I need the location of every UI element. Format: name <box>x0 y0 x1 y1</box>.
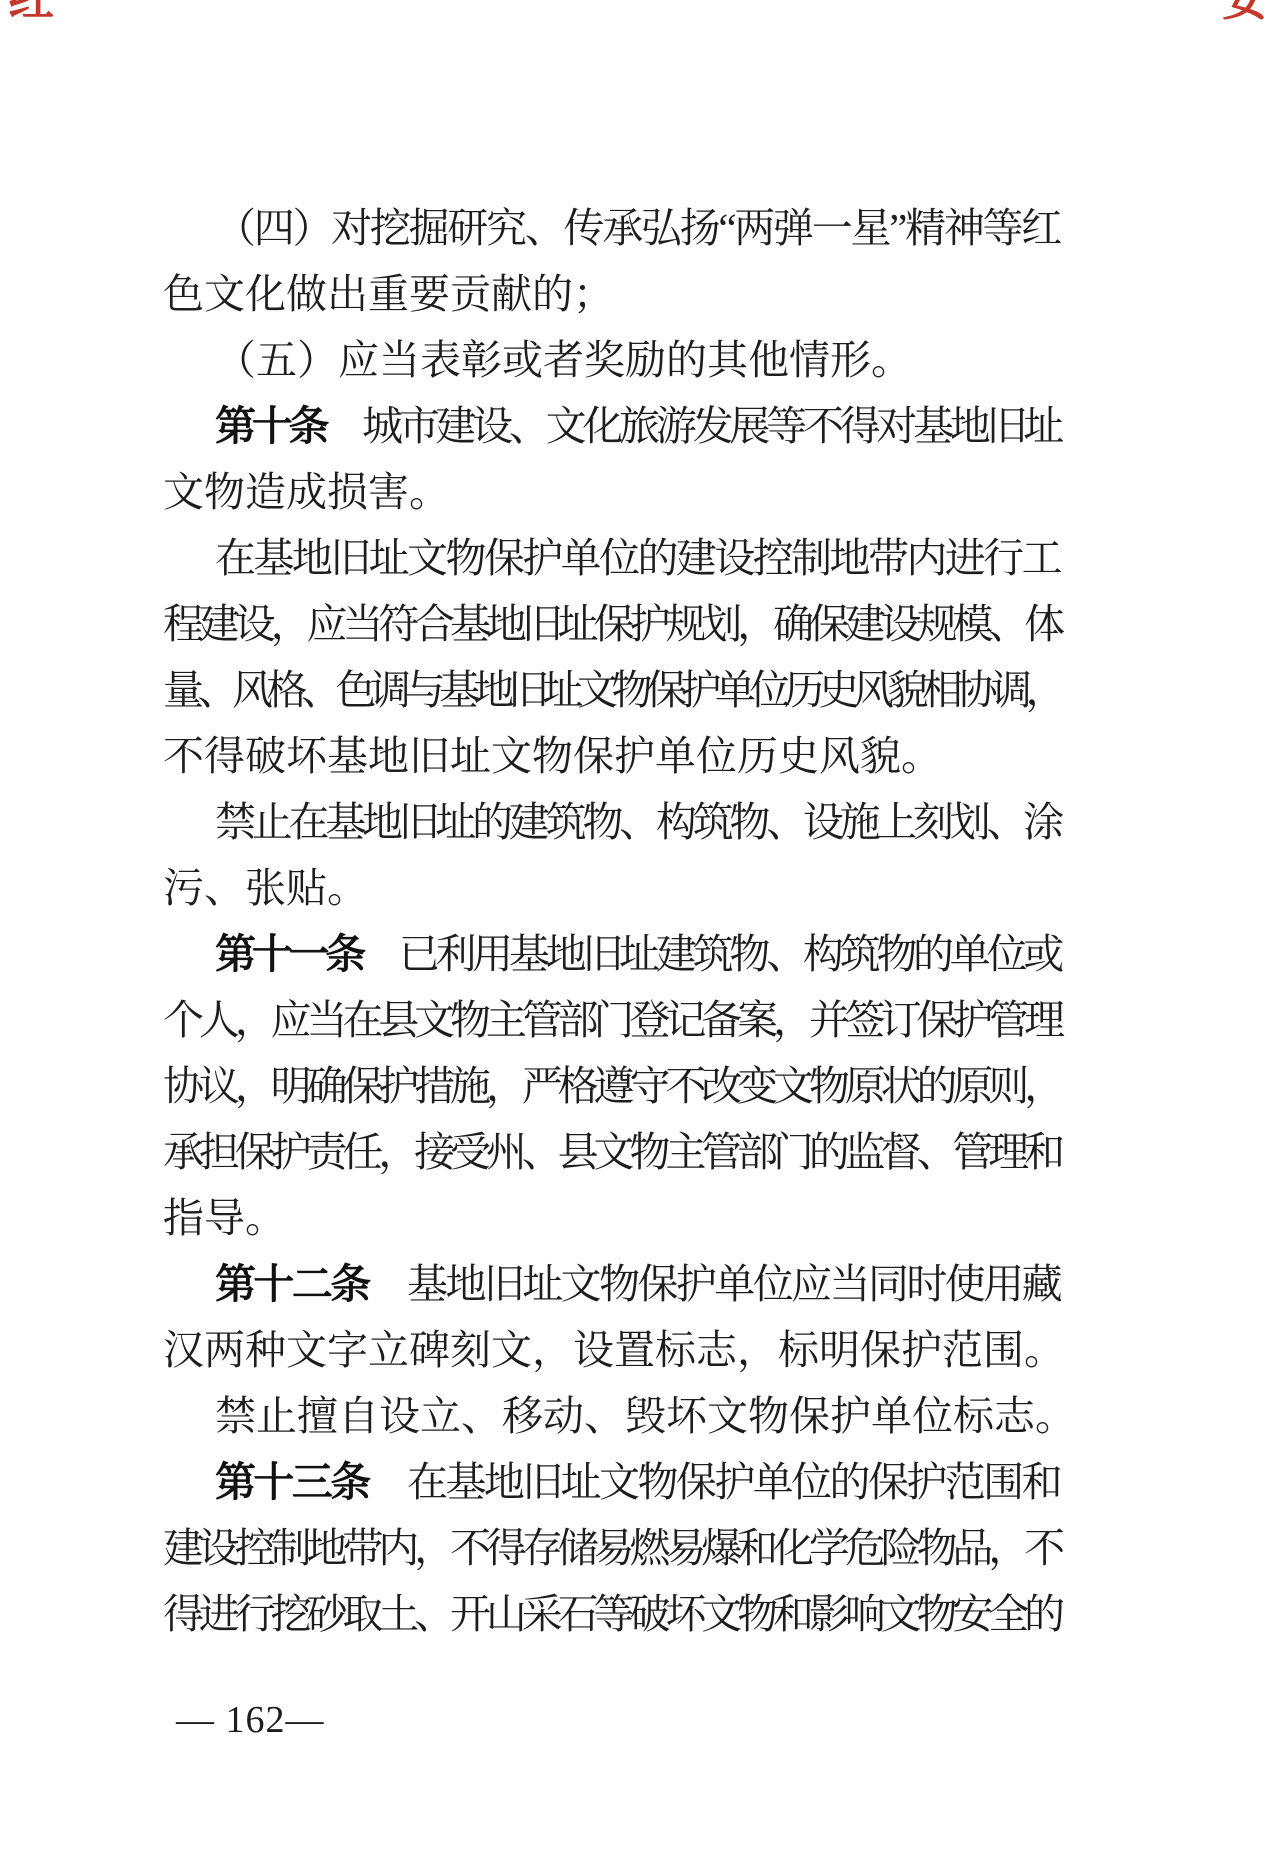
article-number: 第十条 <box>215 403 325 449</box>
text-run: 个人，应当在县文物主管部门登记备案，并签订保护管理 <box>163 997 1060 1043</box>
red-stamp-glyph: 安 <box>1222 0 1274 22</box>
red-stamp-fragment-right: 安 <box>1222 0 1274 27</box>
text-run: 得进行挖砂取土、开山采石等破坏文物和影响文物安全的 <box>163 1591 1060 1637</box>
text-run: 禁止擅自设立、移动、毁坏文物保护单位标志。 <box>215 1393 1076 1439</box>
article-number: 第十三条 <box>215 1459 369 1505</box>
text-run: 禁止在基地旧址的建筑物、构筑物、设施上刻划、涂 <box>215 799 1060 845</box>
text-run: （四）对挖掘研究、传承弘扬“两弹一星”精神等红 <box>215 205 1060 251</box>
text-run: 不得破坏基地旧址文物保护单位历史风貌。 <box>163 733 942 779</box>
text-line: 建设控制地带内，不得存储易燃易爆和化学危险物品，不 <box>163 1515 1060 1581</box>
text-line: 不得破坏基地旧址文物保护单位历史风貌。 <box>163 723 1060 789</box>
text-line: 程建设，应当符合基地旧址保护规划，确保建设规模、体 <box>163 591 1060 657</box>
text-run: 污、张贴。 <box>163 865 368 911</box>
document-page: 红 安 （四）对挖掘研究、传承弘扬“两弹一星”精神等红色文化做出重要贡献的；（五… <box>0 0 1279 1852</box>
text-line: 在基地旧址文物保护单位的建设控制地带内进行工 <box>163 525 1060 591</box>
text-run: 已利用基地旧址建筑物、构筑物的单位或 <box>362 931 1060 977</box>
text-line: 协议，明确保护措施，严格遵守不改变文物原状的原则， <box>163 1053 1060 1119</box>
text-line: 污、张贴。 <box>163 855 1060 921</box>
text-line: 文物造成损害。 <box>163 459 1060 525</box>
text-line: 得进行挖砂取土、开山采石等破坏文物和影响文物安全的 <box>163 1581 1060 1647</box>
text-line: 个人，应当在县文物主管部门登记备案，并签订保护管理 <box>163 987 1060 1053</box>
text-line: 量、风格、色调与基地旧址文物保护单位历史风貌相协调， <box>163 657 1060 723</box>
text-run: 汉两种文字立碑刻文，设置标志，标明保护范围。 <box>163 1327 1065 1373</box>
article-number: 第十二条 <box>215 1261 369 1307</box>
text-line: （四）对挖掘研究、传承弘扬“两弹一星”精神等红 <box>163 195 1060 261</box>
text-run: 色文化做出重要贡献的； <box>163 271 614 317</box>
text-line: 指导。 <box>163 1185 1060 1251</box>
text-run: 量、风格、色调与基地旧址文物保护单位历史风貌相协调， <box>163 667 1060 713</box>
text-run: 文物造成损害。 <box>163 469 450 515</box>
red-stamp-fragment-left: 红 <box>8 0 60 27</box>
text-run: 基地旧址文物保护单位应当同时使用藏 <box>369 1261 1060 1307</box>
text-line: 色文化做出重要贡献的； <box>163 261 1060 327</box>
text-line: （五）应当表彰或者奖励的其他情形。 <box>163 327 1060 393</box>
text-run: 指导。 <box>163 1195 286 1241</box>
text-line: 禁止在基地旧址的建筑物、构筑物、设施上刻划、涂 <box>163 789 1060 855</box>
article-number: 第十一条 <box>215 931 362 977</box>
document-text-block: （四）对挖掘研究、传承弘扬“两弹一星”精神等红色文化做出重要贡献的；（五）应当表… <box>163 195 1060 1647</box>
text-line: 禁止擅自设立、移动、毁坏文物保护单位标志。 <box>163 1383 1060 1449</box>
text-line: 第十条 城市建设、文化旅游发展等不得对基地旧址 <box>163 393 1060 459</box>
text-run: 承担保护责任，接受州、县文物主管部门的监督、管理和 <box>163 1129 1060 1175</box>
red-stamp-glyph: 红 <box>8 0 60 22</box>
text-line: 承担保护责任，接受州、县文物主管部门的监督、管理和 <box>163 1119 1060 1185</box>
text-line: 汉两种文字立碑刻文，设置标志，标明保护范围。 <box>163 1317 1060 1383</box>
text-run: 程建设，应当符合基地旧址保护规划，确保建设规模、体 <box>163 601 1060 647</box>
page-number: — 162— <box>176 1698 325 1742</box>
text-line: 第十二条 基地旧址文物保护单位应当同时使用藏 <box>163 1251 1060 1317</box>
text-run: 在基地旧址文物保护单位的保护范围和 <box>369 1459 1060 1505</box>
text-run: 协议，明确保护措施，严格遵守不改变文物原状的原则， <box>163 1063 1060 1109</box>
text-run: （五）应当表彰或者奖励的其他情形。 <box>215 337 912 383</box>
text-run: 城市建设、文化旅游发展等不得对基地旧址 <box>325 403 1060 449</box>
text-line: 第十三条 在基地旧址文物保护单位的保护范围和 <box>163 1449 1060 1515</box>
text-run: 建设控制地带内，不得存储易燃易爆和化学危险物品，不 <box>163 1525 1060 1571</box>
text-line: 第十一条 已利用基地旧址建筑物、构筑物的单位或 <box>163 921 1060 987</box>
text-run: 在基地旧址文物保护单位的建设控制地带内进行工 <box>215 535 1060 581</box>
